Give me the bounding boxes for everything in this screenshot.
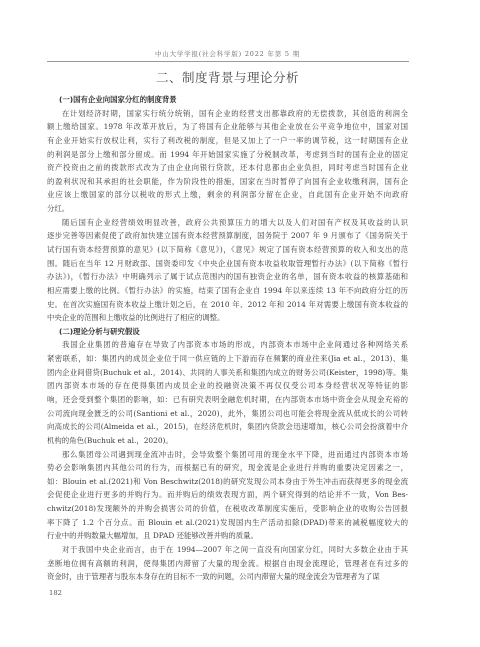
text-line: 分红。: [47, 202, 408, 216]
text-line: 资产投资由之前的拨款形式改为了由企业向银行贷款，还本付息都由企业负担，同时考虑当…: [47, 161, 408, 175]
text-line: 相应需要上缴的比例。《暂行办法》的实施，结束了国有企业自 1994 年以来连续 …: [47, 284, 408, 298]
text-line: 在计划经济时期，国家实行统分统销，国有企业的经营支出都靠政府的无偿拨款，其创造的…: [47, 107, 408, 121]
paragraph: 随后国有企业经营绩效明显改善，政府公共预算压力的增大以及人们对国有产权及其收益的…: [47, 216, 408, 325]
text-line: 的利润是部分上缴和部分留成。而 1994 年开始国家实施了分税制改革，考虑到当时…: [47, 148, 408, 162]
text-line: 向高成长的公司(Almeida et al.，2015)，在经济危机时，集团内贷…: [47, 420, 408, 434]
paragraph: 那么集团母公司遇到现金流冲击时，会导致整个集团可用的现金水平下降，进而通过内部资…: [47, 448, 408, 543]
text-line: 势必会影响集团内其他公司的行为，而根据已有的研究，现金流是企业进行并购的重要决定…: [47, 461, 408, 475]
text-line: 公司流向现金匮乏的公司(Santioni et al.，2020)，此外，集团公…: [47, 407, 408, 421]
text-line: 试行国有资本经营预算的意见》(以下简称《意见》)，《意见》规定了国有资本经营预算…: [47, 243, 408, 257]
text-line: 中央企业的范围和上缴收益的比例进行了相应的调整。: [47, 311, 408, 325]
text-line: 史。在首次实施国有资本收益上缴计划之后，在 2010 年、2012 年和 201…: [47, 298, 408, 312]
running-head: 中山大学学报(社会科学版) 2022 年第 5 期: [47, 49, 408, 58]
text-line: 团内企业间借贷(Buchuk et al.，2014)、共同的人事关系和集团内成…: [47, 366, 408, 380]
text-line: 率下降了 1.2 个百分点。而 Blouin et al.(2021)发现国内生…: [47, 516, 408, 530]
text-line: 业应该上缴国家的部分以税收的形式上缴，剩余的利润部分留在企业，自此国有企业开始不…: [47, 188, 408, 202]
text-line: 机构的角色(Buchuk et al.，2020)。: [47, 434, 408, 448]
text-line: 办法》)，《暂行办法》中明确列示了属于试点范围内的国有独资企业的名单，国有资本收…: [47, 270, 408, 284]
paragraph: 对于我国中央企业而言，由于在 1994—2007 年之间一直没有向国家分红，同时…: [47, 543, 408, 584]
paragraph: 在计划经济时期，国家实行统分统销，国有企业的经营支出都靠政府的无偿拨款，其创造的…: [47, 107, 408, 216]
text-line: 行业中的并购数量大幅增加，且 DPAD 还能够改善并购的质量。: [47, 529, 408, 543]
text-line: 随后国有企业经营绩效明显改善，政府公共预算压力的增大以及人们对国有产权及其收益的…: [47, 216, 408, 230]
text-line: 额上缴给国家。1978 年改革开放后，为了将国有企业能够与其他企业放在公平竞争地…: [47, 120, 408, 134]
text-line: 逐步完善等因素促使了政府加快建立国有资本经营预算制度，国务院于 2007 年 9…: [47, 229, 408, 243]
text-line: 有企业开始实行放权让利，实行了利改税的制度，但是又加上了一户一率的调节税，这一时…: [47, 134, 408, 148]
paragraph: 我国企业集团的普遍存在导致了内部资本市场的形成，内部资本市场中企业间通过各种网络…: [47, 338, 408, 447]
article-body: (一)国有企业向国家分红的制度背景在计划经济时期，国家实行统分统销，国有企业的经…: [47, 93, 408, 584]
text-line: 会促使企业进行更多的并购行为。而并购后的绩效表现方面，两个研究得到的结论并不一致…: [47, 488, 408, 502]
text-line: 资金时，由于管理者与股东本身存在的目标不一致的问题，公司内滞留大量的现金流会为管…: [47, 570, 408, 584]
page-number: 182: [49, 589, 62, 597]
text-line: 如：Blouin et al.(2021)和 Von Beschwitz(201…: [47, 475, 408, 489]
text-line: 围。随后在当年 12 月财政部、国资委印发《中央企业国有资本收益收取管理暂行办法…: [47, 257, 408, 271]
text-line: 对于我国中央企业而言，由于在 1994—2007 年之间一直没有向国家分红，同时…: [47, 543, 408, 557]
text-line: 的盈利状况和其承担的社会职能，作为阶段性的措施，国家在当时暂停了向国有企业收缴利…: [47, 175, 408, 189]
journal-page: 中山大学学报(社会科学版) 2022 年第 5 期 二、制度背景与理论分析 (一…: [0, 0, 480, 647]
subsection-heading: (一)国有企业向国家分红的制度背景: [47, 93, 408, 107]
text-line: chwitz(2018)发现额外的并购会损害公司的价值，在税收改革制度实施后，受…: [47, 502, 408, 516]
text-line: 那么集团母公司遇到现金流冲击时，会导致整个集团可用的现金水平下降，进而通过内部资…: [47, 448, 408, 462]
text-line: 垄断地位拥有高额的利润，使得集团内滞留了大量的现金流。根据自由现金流理论，管理者…: [47, 557, 408, 571]
header-rule: [47, 61, 409, 62]
subsection-heading: (二)理论分析与研究假设: [47, 325, 408, 339]
text-line: 团内部资本市场的存在使得集团内成员企业的投融资决策不再仅仅受公司本身经营状况等特…: [47, 379, 408, 393]
text-line: 我国企业集团的普遍存在导致了内部资本市场的形成，内部资本市场中企业间通过各种网络…: [47, 338, 408, 352]
text-line: 响，还会受到整个集团的影响，如：已有研究表明金融危机时期，在内部资本市场中资金会…: [47, 393, 408, 407]
section-title: 二、制度背景与理论分析: [47, 68, 408, 86]
text-line: 紧密联系，如：集团内的成员企业位于同一供应链的上下游而存在频繁的商业往来(Jia…: [47, 352, 408, 366]
